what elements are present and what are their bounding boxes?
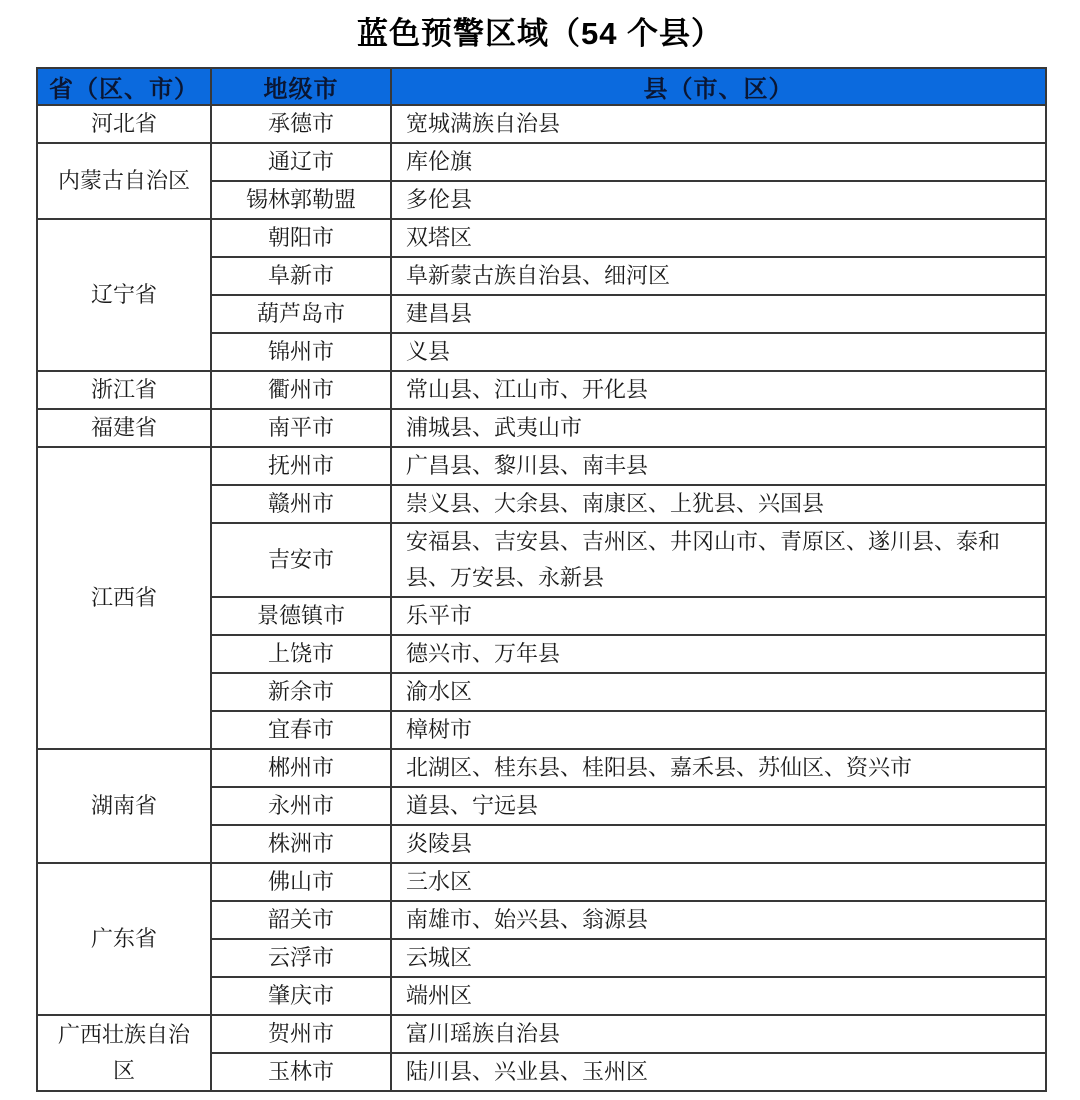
province-cell: 湖南省	[37, 749, 211, 863]
province-cell: 内蒙古自治区	[37, 143, 211, 219]
counties-cell: 陆川县、兴业县、玉州区	[391, 1053, 1046, 1091]
city-cell: 赣州市	[211, 485, 391, 523]
counties-cell: 德兴市、万年县	[391, 635, 1046, 673]
table-row: 福建省南平市浦城县、武夷山市	[37, 409, 1046, 447]
blue-warning-table: 省（区、市） 地级市 县（市、区） 河北省承德市宽城满族自治县内蒙古自治区通辽市…	[36, 67, 1047, 1092]
counties-cell: 三水区	[391, 863, 1046, 901]
city-cell: 南平市	[211, 409, 391, 447]
province-cell: 浙江省	[37, 371, 211, 409]
counties-cell: 道县、宁远县	[391, 787, 1046, 825]
city-cell: 玉林市	[211, 1053, 391, 1091]
city-cell: 佛山市	[211, 863, 391, 901]
city-cell: 云浮市	[211, 939, 391, 977]
table-row: 河北省承德市宽城满族自治县	[37, 105, 1046, 143]
counties-cell: 安福县、吉安县、吉州区、井冈山市、青原区、遂川县、泰和县、万安县、永新县	[391, 523, 1046, 597]
province-cell: 辽宁省	[37, 219, 211, 371]
city-cell: 朝阳市	[211, 219, 391, 257]
table-row: 浙江省衢州市常山县、江山市、开化县	[37, 371, 1046, 409]
city-cell: 贺州市	[211, 1015, 391, 1053]
province-cell: 江西省	[37, 447, 211, 749]
province-cell: 河北省	[37, 105, 211, 143]
city-cell: 衢州市	[211, 371, 391, 409]
city-cell: 韶关市	[211, 901, 391, 939]
counties-cell: 乐平市	[391, 597, 1046, 635]
counties-cell: 双塔区	[391, 219, 1046, 257]
counties-cell: 崇义县、大余县、南康区、上犹县、兴国县	[391, 485, 1046, 523]
province-cell: 福建省	[37, 409, 211, 447]
header-row: 省（区、市） 地级市 县（市、区）	[37, 68, 1046, 105]
table-row: 江西省抚州市广昌县、黎川县、南丰县	[37, 447, 1046, 485]
counties-cell: 北湖区、桂东县、桂阳县、嘉禾县、苏仙区、资兴市	[391, 749, 1046, 787]
counties-cell: 浦城县、武夷山市	[391, 409, 1046, 447]
city-cell: 锦州市	[211, 333, 391, 371]
counties-cell: 炎陵县	[391, 825, 1046, 863]
header-province: 省（区、市）	[37, 68, 211, 105]
city-cell: 吉安市	[211, 523, 391, 597]
table-row: 广东省佛山市三水区	[37, 863, 1046, 901]
counties-cell: 建昌县	[391, 295, 1046, 333]
city-cell: 肇庆市	[211, 977, 391, 1015]
city-cell: 上饶市	[211, 635, 391, 673]
header-counties: 县（市、区）	[391, 68, 1046, 105]
city-cell: 景德镇市	[211, 597, 391, 635]
table-row: 内蒙古自治区通辽市库伦旗	[37, 143, 1046, 181]
city-cell: 锡林郭勒盟	[211, 181, 391, 219]
page-title: 蓝色预警区域（54 个县）	[0, 8, 1080, 53]
city-cell: 永州市	[211, 787, 391, 825]
counties-cell: 常山县、江山市、开化县	[391, 371, 1046, 409]
table-row: 辽宁省朝阳市双塔区	[37, 219, 1046, 257]
city-cell: 通辽市	[211, 143, 391, 181]
counties-cell: 多伦县	[391, 181, 1046, 219]
city-cell: 葫芦岛市	[211, 295, 391, 333]
city-cell: 宜春市	[211, 711, 391, 749]
counties-cell: 渝水区	[391, 673, 1046, 711]
counties-cell: 南雄市、始兴县、翁源县	[391, 901, 1046, 939]
counties-cell: 义县	[391, 333, 1046, 371]
city-cell: 抚州市	[211, 447, 391, 485]
counties-cell: 库伦旗	[391, 143, 1046, 181]
counties-cell: 阜新蒙古族自治县、细河区	[391, 257, 1046, 295]
table-row: 湖南省郴州市北湖区、桂东县、桂阳县、嘉禾县、苏仙区、资兴市	[37, 749, 1046, 787]
table-row: 广西壮族自治区贺州市富川瑶族自治县	[37, 1015, 1046, 1053]
city-cell: 新余市	[211, 673, 391, 711]
counties-cell: 樟树市	[391, 711, 1046, 749]
table-body: 河北省承德市宽城满族自治县内蒙古自治区通辽市库伦旗锡林郭勒盟多伦县辽宁省朝阳市双…	[37, 105, 1046, 1091]
counties-cell: 宽城满族自治县	[391, 105, 1046, 143]
counties-cell: 云城区	[391, 939, 1046, 977]
counties-cell: 端州区	[391, 977, 1046, 1015]
city-cell: 阜新市	[211, 257, 391, 295]
city-cell: 承德市	[211, 105, 391, 143]
header-city: 地级市	[211, 68, 391, 105]
counties-cell: 广昌县、黎川县、南丰县	[391, 447, 1046, 485]
city-cell: 郴州市	[211, 749, 391, 787]
province-cell: 广西壮族自治区	[37, 1015, 211, 1091]
province-cell: 广东省	[37, 863, 211, 1015]
counties-cell: 富川瑶族自治县	[391, 1015, 1046, 1053]
city-cell: 株洲市	[211, 825, 391, 863]
